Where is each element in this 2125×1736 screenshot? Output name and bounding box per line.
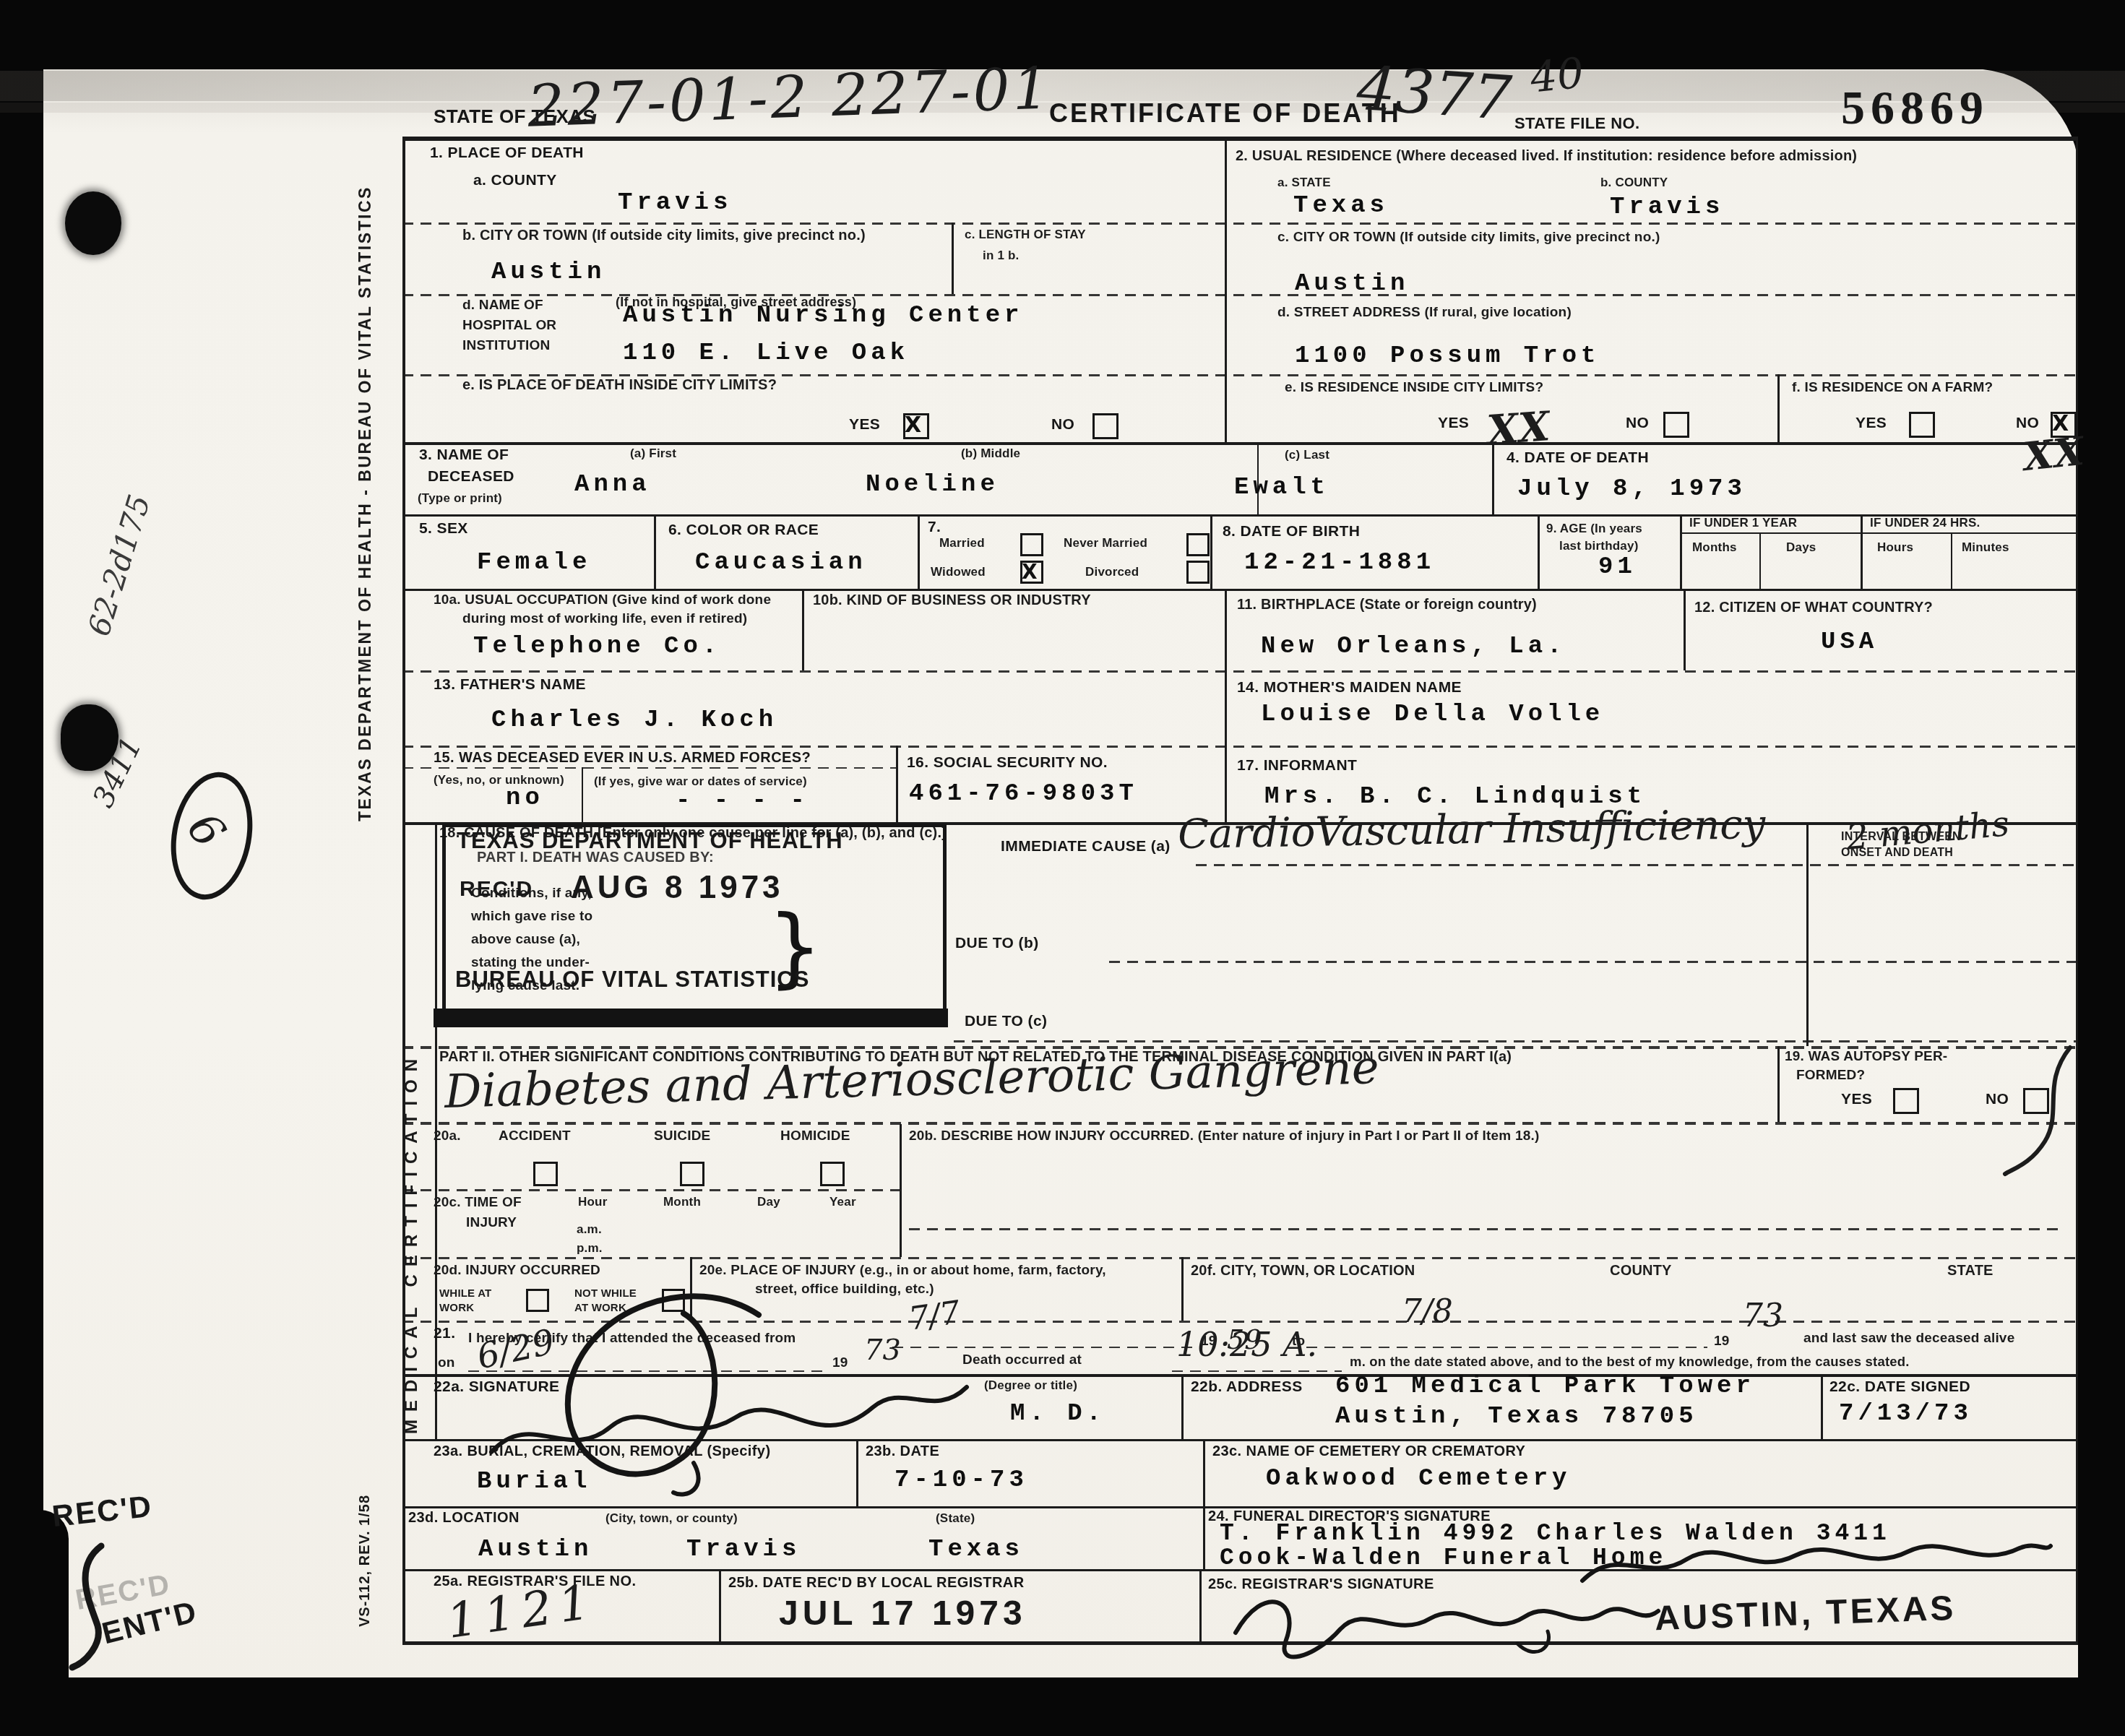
- burial-state-value: Texas: [928, 1536, 1024, 1563]
- accident-checkbox: [533, 1162, 558, 1186]
- injury-city-label: 20f. CITY, TOWN, OR LOCATION: [1191, 1263, 1415, 1279]
- burial-county-value: Travis: [686, 1536, 801, 1563]
- hospital-label-3: INSTITUTION: [462, 338, 550, 354]
- residence-city-value: Austin: [1295, 270, 1409, 298]
- certify-text-4: m. on the date stated above, and to the …: [1350, 1354, 1910, 1370]
- hours-label: Hours: [1877, 540, 1913, 555]
- address-value-2: Austin, Texas 78705: [1335, 1403, 1698, 1430]
- residence-limits-yes-label: YES: [1438, 415, 1469, 432]
- autopsy-no-pen-mark: [2001, 1040, 2081, 1178]
- place-of-death-title: 1. PLACE OF DEATH: [430, 144, 584, 162]
- under-1-year-label: IF UNDER 1 YEAR: [1689, 516, 1797, 530]
- citizen-label: 12. CITIZEN OF WHAT COUNTRY?: [1694, 600, 1933, 616]
- mother-label: 14. MOTHER'S MAIDEN NAME: [1237, 679, 1462, 696]
- death-certificate-scan: TEXAS DEPARTMENT OF HEALTH - BUREAU OF V…: [0, 0, 2125, 1736]
- age-value: 91: [1598, 553, 1637, 581]
- middle-name-label: (b) Middle: [961, 446, 1020, 461]
- stamp-bureau-line: BUREAU OF VITAL STATISTICS: [455, 967, 809, 993]
- time-of-injury-label-2: INJURY: [466, 1215, 517, 1231]
- stamp-recd: REC'D: [460, 877, 533, 902]
- scan-edge-bottom: [0, 1677, 2125, 1736]
- certify-text-2: and last saw the deceased alive: [1803, 1331, 2014, 1347]
- burial-location-label: 23d. LOCATION: [408, 1510, 520, 1526]
- death-limits-yes-checkbox-checked: X: [903, 413, 929, 439]
- year-19-printed-2: 19: [1714, 1334, 1730, 1349]
- scan-edge-left: [0, 0, 43, 1736]
- registrar-signature: [1214, 1560, 1691, 1669]
- birthplace-value: New Orleans, La.: [1261, 633, 1566, 660]
- homicide-checkbox: [820, 1162, 845, 1186]
- city-value: Austin: [491, 259, 605, 286]
- occupation-label-2: during most of working life, even if ret…: [462, 611, 747, 627]
- immediate-cause-label: IMMEDIATE CAUSE (a): [1001, 838, 1171, 855]
- industry-label: 10b. KIND OF BUSINESS OR INDUSTRY: [813, 592, 1091, 609]
- autopsy-yes-label: YES: [1841, 1091, 1872, 1108]
- margin-pen-mark: [58, 1539, 159, 1676]
- age-label-2: last birthday): [1559, 539, 1639, 553]
- homicide-label: HOMICIDE: [780, 1128, 850, 1144]
- married-checkbox: [1020, 533, 1043, 556]
- year-label: Year: [829, 1195, 856, 1209]
- armed-forces-sub2: (If yes, give war or dates of service): [594, 774, 807, 789]
- residence-limits-no-checkbox: [1663, 412, 1689, 438]
- race-label: 6. COLOR OR RACE: [668, 522, 819, 539]
- farm-yes-label: YES: [1855, 415, 1887, 432]
- autopsy-label-1: 19. WAS AUTOPSY PER-: [1785, 1049, 1947, 1065]
- how-injury-label: 20b. DESCRIBE HOW INJURY OCCURRED. (Ente…: [909, 1128, 1539, 1144]
- date-recd-stamp: JUL 17 1973: [779, 1594, 1027, 1633]
- father-value: Charles J. Koch: [491, 707, 777, 734]
- last-name-label: (c) Last: [1285, 448, 1329, 462]
- dob-label: 8. DATE OF BIRTH: [1223, 523, 1360, 540]
- dob-value: 12-21-1881: [1244, 549, 1435, 576]
- autopsy-label-2: FORMED?: [1796, 1068, 1865, 1084]
- state-file-number: 56869: [1841, 81, 1989, 136]
- punch-hole-top: [65, 191, 121, 255]
- day-label: Day: [757, 1195, 780, 1209]
- residence-city-label: c. CITY OR TOWN (If outside city limits,…: [1277, 230, 1660, 246]
- x-mark: X: [905, 413, 927, 438]
- ssn-value: 461-76-9803T: [909, 780, 1138, 808]
- hour-label: Hour: [578, 1195, 607, 1209]
- am-label: a.m.: [577, 1222, 602, 1237]
- residence-county-label: b. COUNTY: [1600, 176, 1668, 190]
- residence-city-limits-label: e. IS RESIDENCE INSIDE CITY LIMITS?: [1285, 380, 1543, 396]
- street-address-label: d. STREET ADDRESS (If rural, give locati…: [1277, 305, 1572, 321]
- days-label: Days: [1786, 540, 1816, 555]
- suicide-checkbox: [680, 1162, 704, 1186]
- to-date-handwritten: 7/8: [1402, 1293, 1453, 1330]
- father-label: 13. FATHER'S NAME: [434, 676, 586, 694]
- degree-title-label: (Degree or title): [984, 1378, 1077, 1393]
- county-value: Travis: [618, 189, 732, 217]
- stamp-date: AUG 8 1973: [571, 870, 784, 906]
- never-married-label: Never Married: [1064, 536, 1147, 550]
- married-label: Married: [939, 536, 985, 550]
- vertical-form-code: VS-112, REV. 1/58: [357, 1410, 374, 1627]
- burial-value: Burial: [477, 1468, 591, 1495]
- time-of-death-handwritten: 10:25 A.: [1176, 1325, 1317, 1364]
- burial-date-label: 23b. DATE: [866, 1443, 939, 1460]
- injury-state-label: STATE: [1947, 1263, 1993, 1279]
- months-label: Months: [1692, 540, 1737, 555]
- state-file-no-label: STATE FILE NO.: [1514, 114, 1639, 133]
- marital-label: 7.: [928, 519, 941, 536]
- hospital-label-2: HOSPITAL OR: [462, 318, 556, 334]
- cemetery-value: Oakwood Cemetery: [1266, 1465, 1571, 1493]
- scan-edge-top: [0, 0, 2125, 69]
- age-label-1: 9. AGE (In years: [1546, 522, 1642, 536]
- injury-county-label: COUNTY: [1610, 1263, 1672, 1279]
- stamp-agency-line: TEXAS DEPARTMENT OF HEALTH: [457, 828, 843, 854]
- hospital-value-2: 110 E. Live Oak: [623, 340, 909, 367]
- header-handwritten-4377: 4377: [1355, 53, 1514, 134]
- citizen-value: USA: [1821, 629, 1878, 656]
- death-limits-yes-label: YES: [849, 416, 880, 433]
- date-of-death-label: 4. DATE OF DEATH: [1507, 449, 1649, 467]
- x-mark: X: [1022, 560, 1041, 584]
- widowed-label: Widowed: [931, 565, 986, 579]
- accident-label: ACCIDENT: [499, 1128, 571, 1144]
- month-label: Month: [663, 1195, 701, 1209]
- divorced-checkbox: [1186, 561, 1210, 584]
- received-stamp-bottom-bar: [434, 1009, 948, 1027]
- name-title-2: DECEASED: [428, 468, 514, 485]
- due-to-c-label: DUE TO (c): [965, 1013, 1047, 1030]
- first-name-label: (a) First: [630, 446, 676, 461]
- scan-streak: [0, 71, 2125, 101]
- injury-occurred-label: 20d. INJURY OCCURRED: [434, 1263, 600, 1279]
- middle-name-value: Noeline: [866, 471, 999, 498]
- last-name-value: Ewalt: [1234, 474, 1329, 501]
- residence-limits-yes-xx: XX: [1486, 402, 1551, 454]
- address-value-1: 601 Medical Park Tower: [1335, 1373, 1755, 1400]
- scan-edge-right: [2078, 0, 2125, 1736]
- widowed-checkbox-checked: X: [1020, 561, 1043, 584]
- degree-value: M. D.: [1010, 1400, 1105, 1428]
- occupation-label-1: 10a. USUAL OCCUPATION (Give kind of work…: [434, 592, 771, 608]
- hospital-value-1: Austin Nursing Center: [623, 302, 1023, 329]
- certificate-title: CERTIFICATE OF DEATH: [1049, 98, 1401, 129]
- burial-label: 23a. BURIAL, CREMATION, REMOVAL (Specify…: [434, 1443, 770, 1460]
- burial-location-sub1: (City, town, or county): [605, 1511, 738, 1526]
- vertical-agency-text: TEXAS DEPARTMENT OF HEALTH - BUREAU OF V…: [355, 182, 375, 821]
- under-24-hrs-label: IF UNDER 24 HRS.: [1870, 516, 1980, 530]
- burial-city-value: Austin: [478, 1536, 592, 1563]
- county-label: a. COUNTY: [473, 172, 557, 189]
- race-value: Caucasian: [695, 549, 867, 576]
- autopsy-yes-checkbox: [1893, 1088, 1919, 1114]
- occupation-value: Telephone Co.: [473, 633, 721, 660]
- street-address-value: 1100 Possum Trot: [1295, 342, 1600, 370]
- minutes-label: Minutes: [1962, 540, 2009, 555]
- residence-state-value: Texas: [1293, 192, 1389, 220]
- cemetery-label: 23c. NAME OF CEMETERY OR CREMATORY: [1212, 1443, 1525, 1460]
- length-of-stay-label2: in 1 b.: [983, 249, 1020, 263]
- first-name-value: Anna: [574, 471, 651, 498]
- residence-state-label: a. STATE: [1277, 176, 1331, 190]
- year-73-handwritten-1: 73: [1743, 1297, 1783, 1334]
- residence-county-value: Travis: [1610, 194, 1724, 221]
- date-recd-label: 25b. DATE REC'D BY LOCAL REGISTRAR: [728, 1575, 1025, 1592]
- informant-label: 17. INFORMANT: [1237, 757, 1357, 774]
- death-limits-no-checkbox: [1092, 413, 1118, 439]
- farm-no-xx: XX: [2021, 428, 2086, 480]
- length-of-stay-label: c. LENGTH OF STAY: [965, 228, 1086, 242]
- farm-yes-checkbox: [1909, 412, 1935, 438]
- suicide-label: SUICIDE: [654, 1128, 710, 1144]
- address-label: 22b. ADDRESS: [1191, 1378, 1303, 1396]
- date-signed-label: 22c. DATE SIGNED: [1829, 1378, 1970, 1396]
- armed-forces-label: 15. WAS DECEASED EVER IN U.S. ARMED FORC…: [434, 750, 811, 766]
- place-of-injury-label-1: 20e. PLACE OF INJURY (e.g., in or about …: [699, 1263, 1106, 1279]
- ssn-label: 16. SOCIAL SECURITY NO.: [907, 754, 1108, 772]
- never-married-checkbox: [1186, 533, 1210, 556]
- name-title-1: 3. NAME OF: [419, 446, 509, 464]
- name-title-3: (Type or print): [418, 491, 502, 506]
- date-of-death-value: July 8, 1973: [1517, 475, 1746, 503]
- burial-date-value: 7-10-73: [895, 1467, 1028, 1494]
- death-limits-no-label: NO: [1051, 416, 1074, 433]
- date-signed-value: 7/13/73: [1839, 1400, 1973, 1428]
- sex-label: 5. SEX: [419, 520, 468, 537]
- birthplace-label: 11. BIRTHPLACE (State or foreign country…: [1237, 597, 1537, 613]
- accident-row-num: 20a.: [434, 1128, 461, 1144]
- armed-forces-value: no: [506, 785, 544, 812]
- mother-value: Louise Della Volle: [1261, 701, 1604, 728]
- city-label: b. CITY OR TOWN (If outside city limits,…: [462, 228, 866, 244]
- farm-label: f. IS RESIDENCE ON A FARM?: [1792, 380, 1993, 396]
- war-dates-value: - - - -: [676, 787, 809, 815]
- burial-location-sub2: (State): [936, 1511, 975, 1526]
- time-of-injury-label-1: 20c. TIME OF: [434, 1195, 522, 1211]
- residence-limits-no-label: NO: [1626, 415, 1649, 432]
- death-city-limits-label: e. IS PLACE OF DEATH INSIDE CITY LIMITS?: [462, 377, 777, 394]
- sex-value: Female: [477, 549, 591, 576]
- due-to-b-label: DUE TO (b): [955, 935, 1039, 952]
- hospital-label-1: d. NAME OF: [462, 298, 543, 314]
- farm-no-label: NO: [2016, 415, 2039, 432]
- pm-label: p.m.: [577, 1241, 603, 1256]
- residence-title: 2. USUAL RESIDENCE (Where deceased lived…: [1236, 148, 1857, 165]
- armed-forces-sub1: (Yes, no, or unknown): [434, 773, 564, 787]
- divorced-label: Divorced: [1085, 565, 1139, 579]
- header-handwritten-40: 40: [1528, 48, 1587, 102]
